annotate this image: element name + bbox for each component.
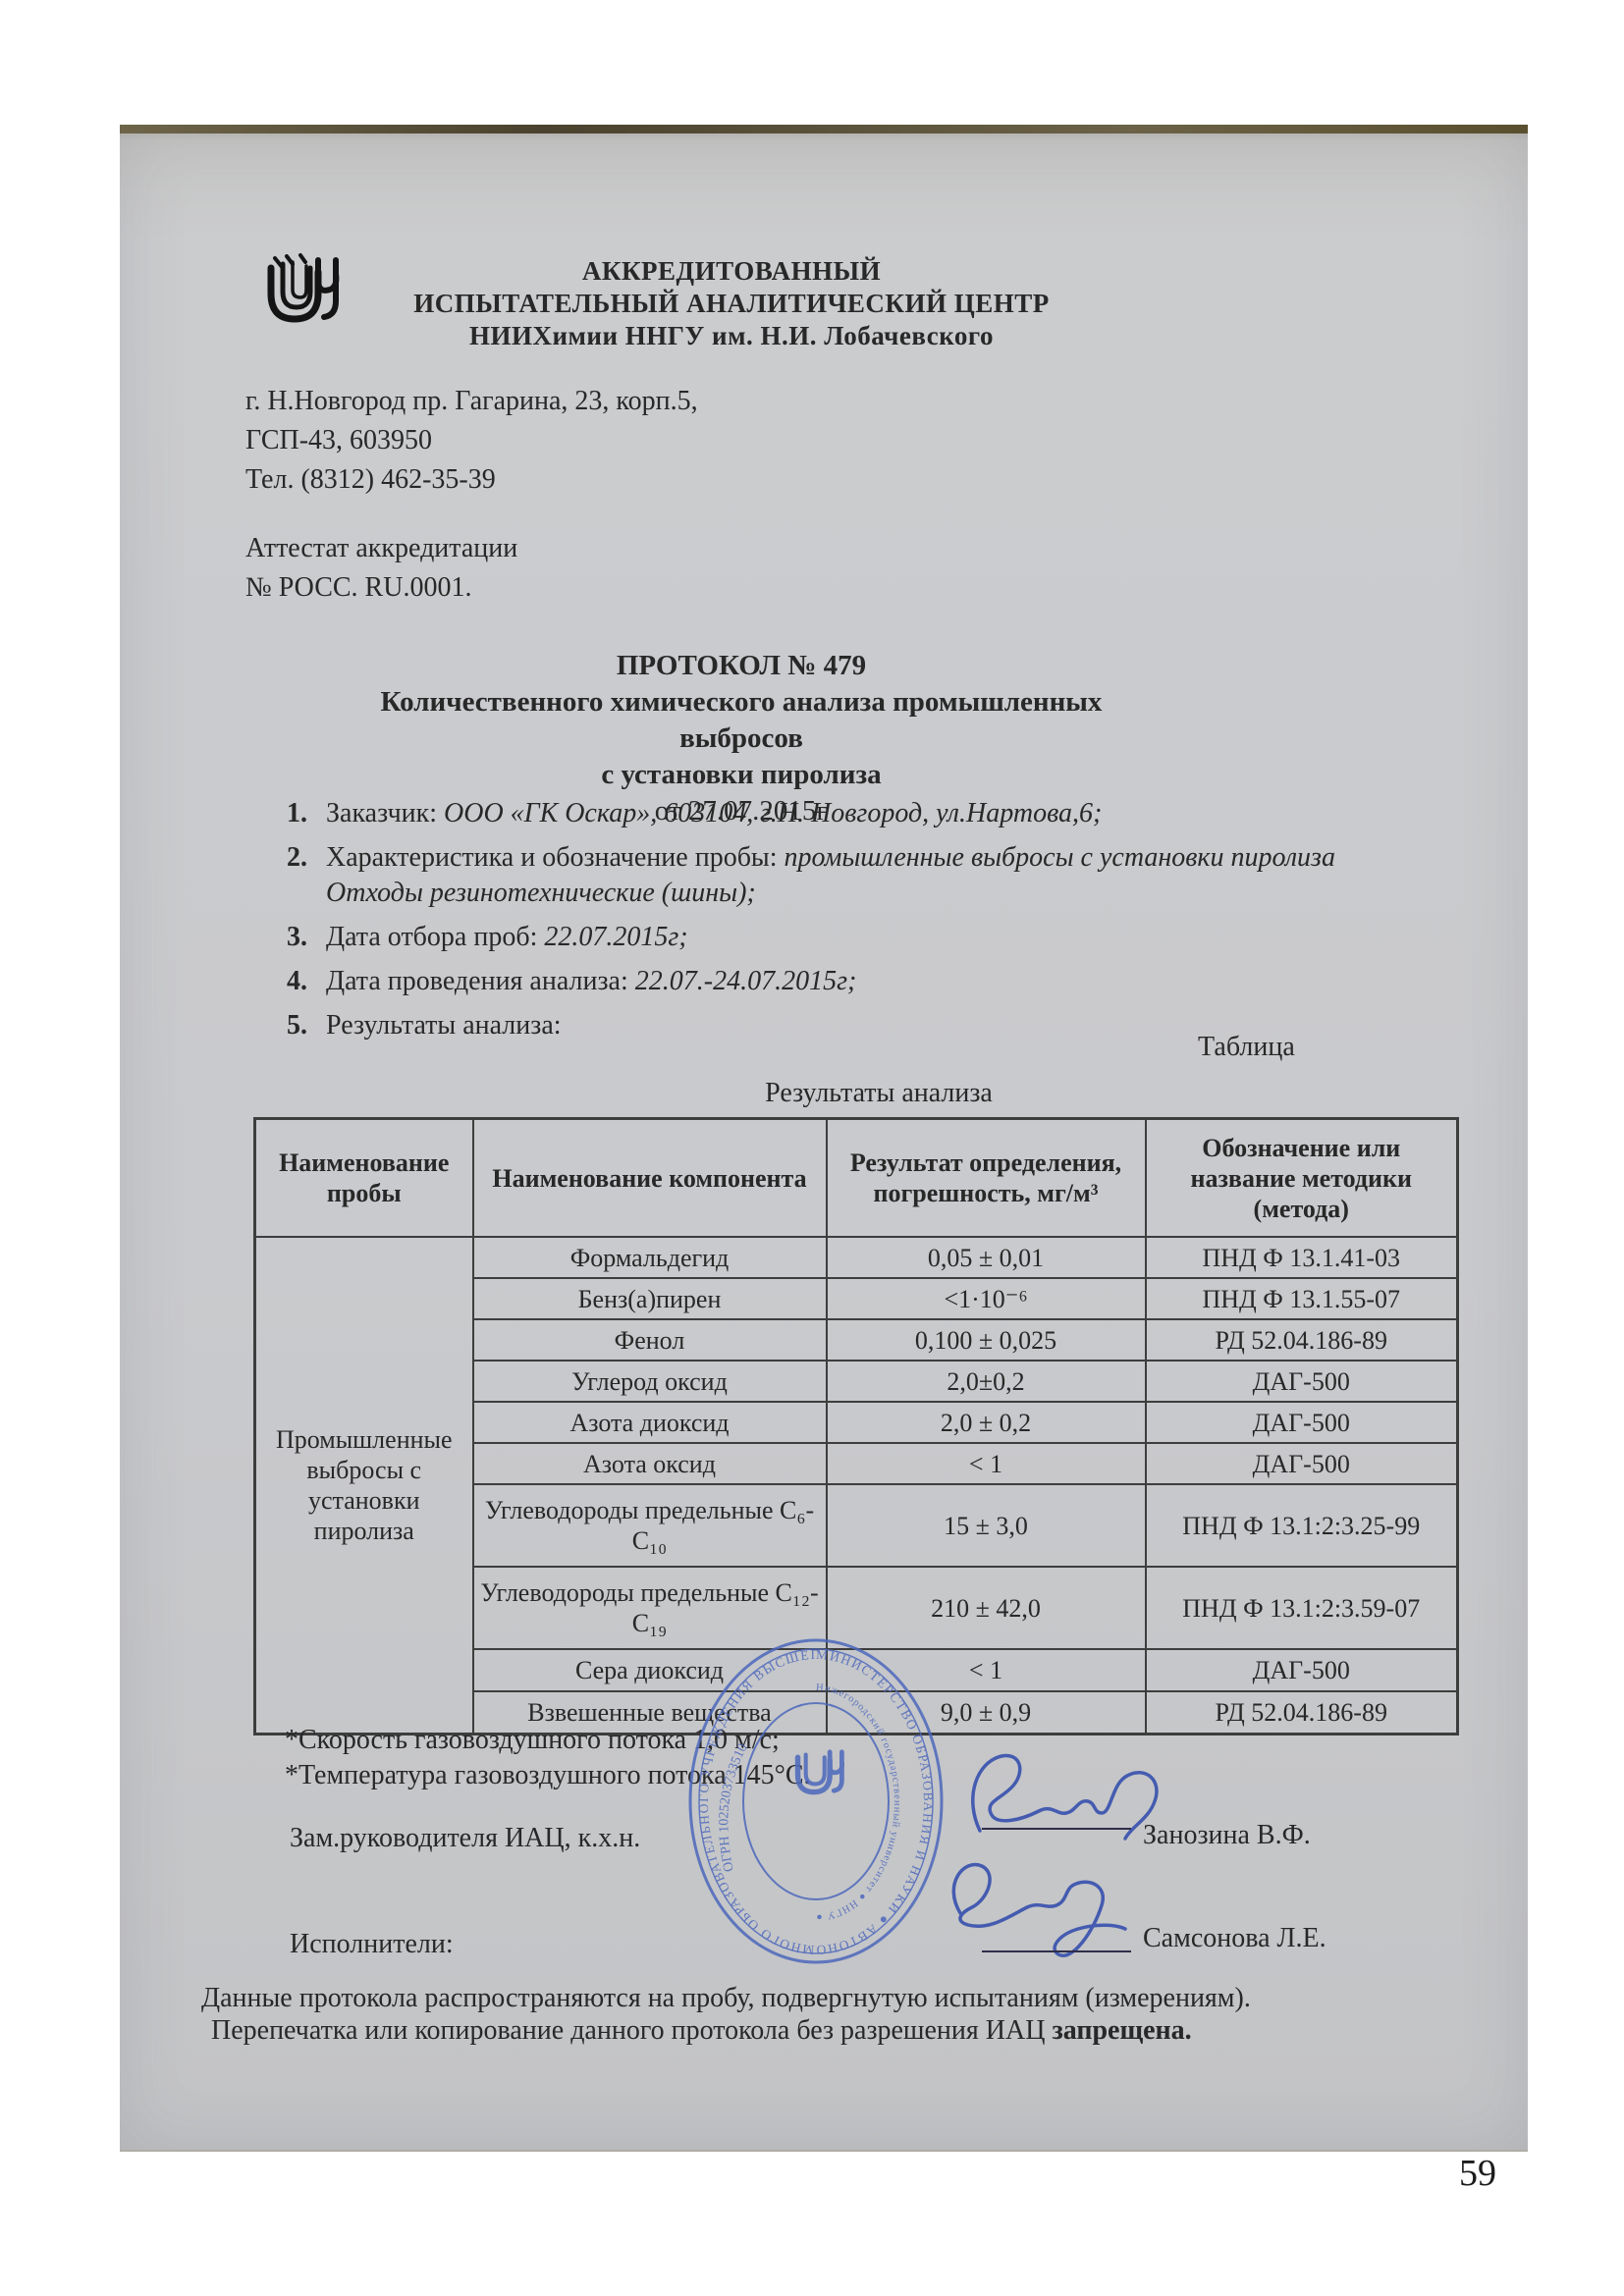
method-cell: ДАГ-500 (1146, 1649, 1458, 1691)
method-cell: РД 52.04.186-89 (1146, 1319, 1458, 1361)
org-line-1: АККРЕДИТОВАННЫЙ (358, 255, 1105, 288)
accreditation-line-2: № РОСС. RU.0001. (245, 568, 517, 608)
col-header-result: Результат определения, погрешность, мг/м… (827, 1119, 1146, 1238)
protocol-items: 1. Заказчик: ООО «ГК Оскар», 603104, г.Н… (287, 796, 1445, 1052)
component-cell: Азота диоксид (473, 1402, 827, 1443)
signer-role-2: Исполнители: (290, 1929, 454, 1960)
accreditation-block: Аттестат аккредитации № РОСС. RU.0001. (245, 529, 517, 608)
method-cell: ПНД Ф 13.1.55-07 (1146, 1278, 1458, 1319)
address-line-2: ГСП-43, 603950 (245, 421, 698, 460)
scanned-protocol-page: АККРЕДИТОВАННЫЙ ИСПЫТАТЕЛЬНЫЙ АНАЛИТИЧЕС… (0, 0, 1624, 2296)
component-cell: Бенз(а)пирен (473, 1278, 827, 1319)
component-cell: Формальдегид (473, 1237, 827, 1278)
col-header-component: Наименование компонента (473, 1119, 827, 1238)
component-cell: Углеводороды предельные С₆-С₁₀ (473, 1484, 827, 1567)
address-block: г. Н.Новгород пр. Гагарина, 23, корп.5, … (245, 382, 698, 500)
stamp-ogrn-text: ОГРН 1025203733510 (717, 1741, 750, 1873)
signature-2 (925, 1844, 1161, 1972)
footer-line-2-bold: запрещена. (1052, 2015, 1191, 2046)
item-text: Дата отбора проб: 22.07.2015г; (326, 920, 688, 955)
col-header-sample: Наименование пробы (255, 1119, 473, 1238)
signer-name-2: Самсонова Л.Е. (1143, 1923, 1326, 1954)
method-cell: ПНД Ф 13.1:2:3.59-07 (1146, 1567, 1458, 1649)
item-label: Заказчик: (326, 798, 437, 828)
component-cell: Фенол (473, 1319, 827, 1361)
footer-block: Данные протокола распространяются на про… (201, 1982, 1360, 2047)
item-label: Дата проведения анализа: (326, 966, 628, 996)
item-label: Дата отбора проб: (326, 922, 537, 952)
table-header-row: Наименование пробы Наименование компонен… (255, 1119, 1458, 1238)
result-cell: <1·10⁻⁶ (827, 1278, 1146, 1319)
signature-line-1 (982, 1828, 1131, 1830)
round-stamp: МИНИСТЕРСТВО ОБРАЗОВАНИЯ И НАУКИ ● АВТОН… (678, 1629, 953, 1973)
result-cell: 15 ± 3,0 (827, 1484, 1146, 1567)
table-side-label: Таблица (1198, 1032, 1295, 1063)
result-cell: 0,100 ± 0,025 (827, 1319, 1146, 1361)
component-cell: Углерод оксид (473, 1361, 827, 1402)
item-value: ООО «ГК Оскар», 603104, г.Н. Новгород, у… (444, 798, 1102, 828)
document-photo: АККРЕДИТОВАННЫЙ ИСПЫТАТЕЛЬНЫЙ АНАЛИТИЧЕС… (120, 125, 1528, 2152)
item-value-2: Отходы резинотехнические (шины); (326, 878, 756, 908)
niichem-logo (257, 250, 348, 331)
footer-line-1: Данные протокола распространяются на про… (201, 1982, 1360, 2014)
item-text: Результаты анализа: (326, 1008, 562, 1043)
item-value: промышленные выбросы с установки пиролиз… (785, 842, 1335, 873)
item-value: 22.07.2015г; (544, 922, 687, 952)
list-item: 3. Дата отбора проб: 22.07.2015г; (287, 920, 1445, 955)
item-number: 3. (287, 920, 326, 955)
item-text: Характеристика и обозначение пробы: пром… (326, 840, 1335, 911)
org-line-2: ИСПЫТАТЕЛЬНЫЙ АНАЛИТИЧЕСКИЙ ЦЕНТР (358, 288, 1105, 320)
method-cell: ДАГ-500 (1146, 1402, 1458, 1443)
item-number: 2. (287, 840, 326, 911)
signature-line-2 (982, 1950, 1131, 1952)
method-cell: ПНД Ф 13.1:2:3.25-99 (1146, 1484, 1458, 1567)
method-cell: ПНД Ф 13.1.41-03 (1146, 1237, 1458, 1278)
method-cell: ДАГ-500 (1146, 1361, 1458, 1402)
protocol-subtitle-1: Количественного химического анализа пром… (339, 684, 1144, 757)
protocol-subtitle-2: с установки пиролиза (339, 757, 1144, 793)
org-header: АККРЕДИТОВАННЫЙ ИСПЫТАТЕЛЬНЫЙ АНАЛИТИЧЕС… (358, 255, 1105, 352)
result-cell: 2,0±0,2 (827, 1361, 1146, 1402)
svg-text:ОГРН 1025203733510: ОГРН 1025203733510 (717, 1741, 750, 1873)
method-cell: ДАГ-500 (1146, 1443, 1458, 1484)
item-number: 5. (287, 1008, 326, 1043)
item-text: Дата проведения анализа: 22.07.-24.07.20… (326, 964, 856, 999)
result-cell: 0,05 ± 0,01 (827, 1237, 1146, 1278)
item-text: Заказчик: ООО «ГК Оскар», 603104, г.Н. Н… (326, 796, 1102, 831)
footer-line-2-text: Перепечатка или копирование данного прот… (211, 2015, 1052, 2046)
list-item: 2. Характеристика и обозначение пробы: п… (287, 840, 1445, 911)
address-line-1: г. Н.Новгород пр. Гагарина, 23, корп.5, (245, 382, 698, 421)
table-row: Промышленные выбросы с установки пиролиз… (255, 1237, 1458, 1278)
item-number: 4. (287, 964, 326, 999)
item-label: Характеристика и обозначение пробы: (326, 842, 778, 873)
item-number: 1. (287, 796, 326, 831)
footer-line-2: Перепечатка или копирование данного прот… (201, 2014, 1360, 2047)
method-cell: РД 52.04.186-89 (1146, 1691, 1458, 1735)
result-cell: < 1 (827, 1443, 1146, 1484)
address-line-3: Тел. (8312) 462-35-39 (245, 460, 698, 500)
result-cell: 2,0 ± 0,2 (827, 1402, 1146, 1443)
accreditation-line-1: Аттестат аккредитации (245, 529, 517, 568)
protocol-number: ПРОТОКОЛ № 479 (339, 648, 1144, 684)
table-caption: Результаты анализа (584, 1078, 1173, 1109)
signer-role-1: Зам.руководителя ИАЦ, к.х.н. (290, 1823, 640, 1854)
list-item: 4. Дата проведения анализа: 22.07.-24.07… (287, 964, 1445, 999)
col-header-method: Обозначение или название методики (метод… (1146, 1119, 1458, 1238)
list-item: 1. Заказчик: ООО «ГК Оскар», 603104, г.Н… (287, 796, 1445, 831)
item-value: 22.07.-24.07.2015г; (635, 966, 857, 996)
org-line-3: НИИХимии ННГУ им. Н.И. Лобачевского (358, 320, 1105, 352)
component-cell: Азота оксид (473, 1443, 827, 1484)
stamp-emblem (798, 1752, 842, 1792)
page-number: 59 (1459, 2152, 1496, 2195)
sample-name-cell: Промышленные выбросы с установки пиролиз… (255, 1237, 473, 1735)
item-label: Результаты анализа: (326, 1010, 562, 1041)
signer-name-1: Занозина В.Ф. (1143, 1820, 1311, 1851)
